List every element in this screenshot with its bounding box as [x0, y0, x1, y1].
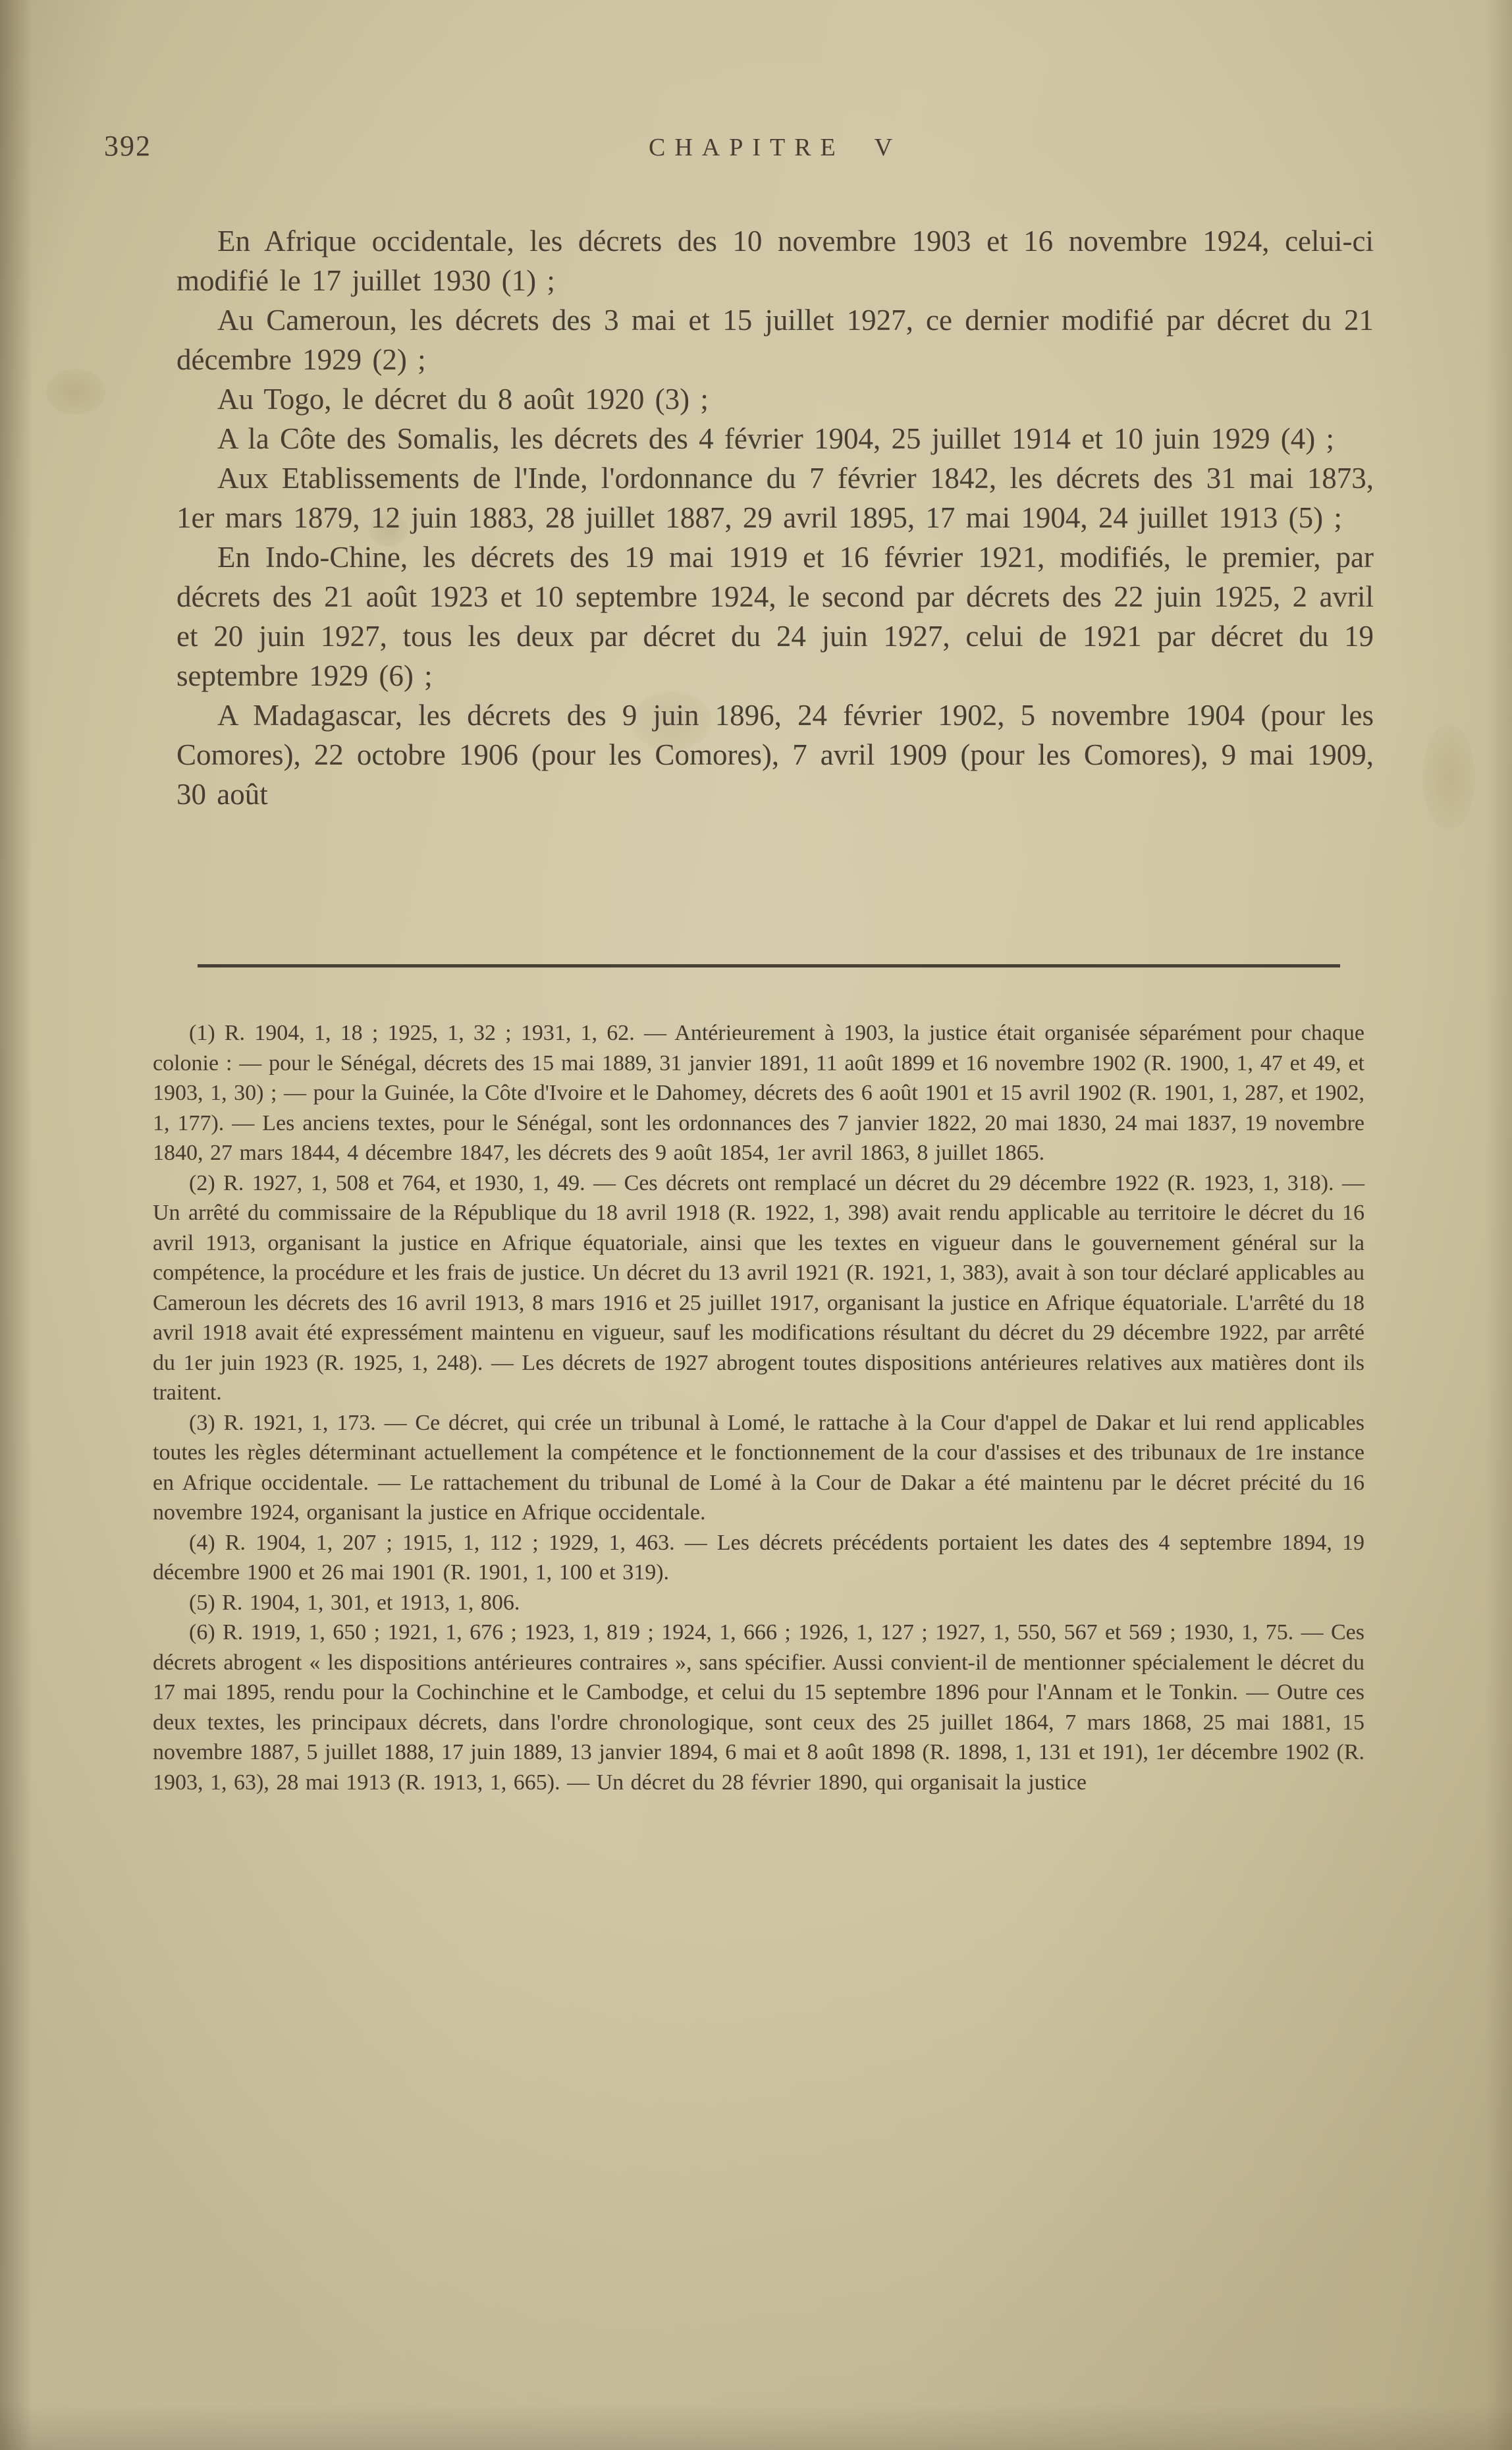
book-page-scan: 392 CHAPITRE V En Afrique occidentale, l…: [0, 0, 1512, 2450]
footnote: (5) R. 1904, 1, 301, et 1913, 1, 806.: [153, 1588, 1364, 1618]
paragraph: Au Togo, le décret du 8 août 1920 (3) ;: [176, 379, 1374, 419]
paper-stain: [1422, 724, 1475, 830]
paragraph: En Afrique occidentale, les décrets des …: [176, 221, 1374, 300]
page-number: 392: [104, 129, 151, 163]
paragraph: A la Côte des Somalis, les décrets des 4…: [176, 419, 1374, 458]
paragraph: En Indo-Chine, les décrets des 19 mai 19…: [176, 537, 1374, 695]
footnote: (3) R. 1921, 1, 173. — Ce décret, qui cr…: [153, 1408, 1364, 1528]
page-edge-shadow-right: [1486, 0, 1512, 2450]
page-gutter-shadow: [0, 0, 36, 2450]
footnote: (1) R. 1904, 1, 18 ; 1925, 1, 32 ; 1931,…: [153, 1018, 1364, 1168]
paragraph: Au Cameroun, les décrets des 3 mai et 15…: [176, 300, 1374, 379]
footnotes: (1) R. 1904, 1, 18 ; 1925, 1, 32 ; 1931,…: [153, 1018, 1364, 1797]
footnote: (2) R. 1927, 1, 508 et 764, et 1930, 1, …: [153, 1168, 1364, 1408]
paper-stain: [46, 369, 105, 415]
page-edge-shadow-bottom: [0, 2404, 1512, 2450]
footnote: (4) R. 1904, 1, 207 ; 1915, 1, 112 ; 192…: [153, 1528, 1364, 1588]
footnote: (6) R. 1919, 1, 650 ; 1921, 1, 676 ; 192…: [153, 1618, 1364, 1797]
footnote-separator-rule: [198, 964, 1340, 967]
paragraph: Aux Etablissements de l'Inde, l'ordonnan…: [176, 458, 1374, 537]
body-text: En Afrique occidentale, les décrets des …: [176, 221, 1374, 814]
paragraph: A Madagascar, les décrets des 9 juin 189…: [176, 695, 1374, 814]
running-header: CHAPITRE V: [176, 133, 1374, 162]
